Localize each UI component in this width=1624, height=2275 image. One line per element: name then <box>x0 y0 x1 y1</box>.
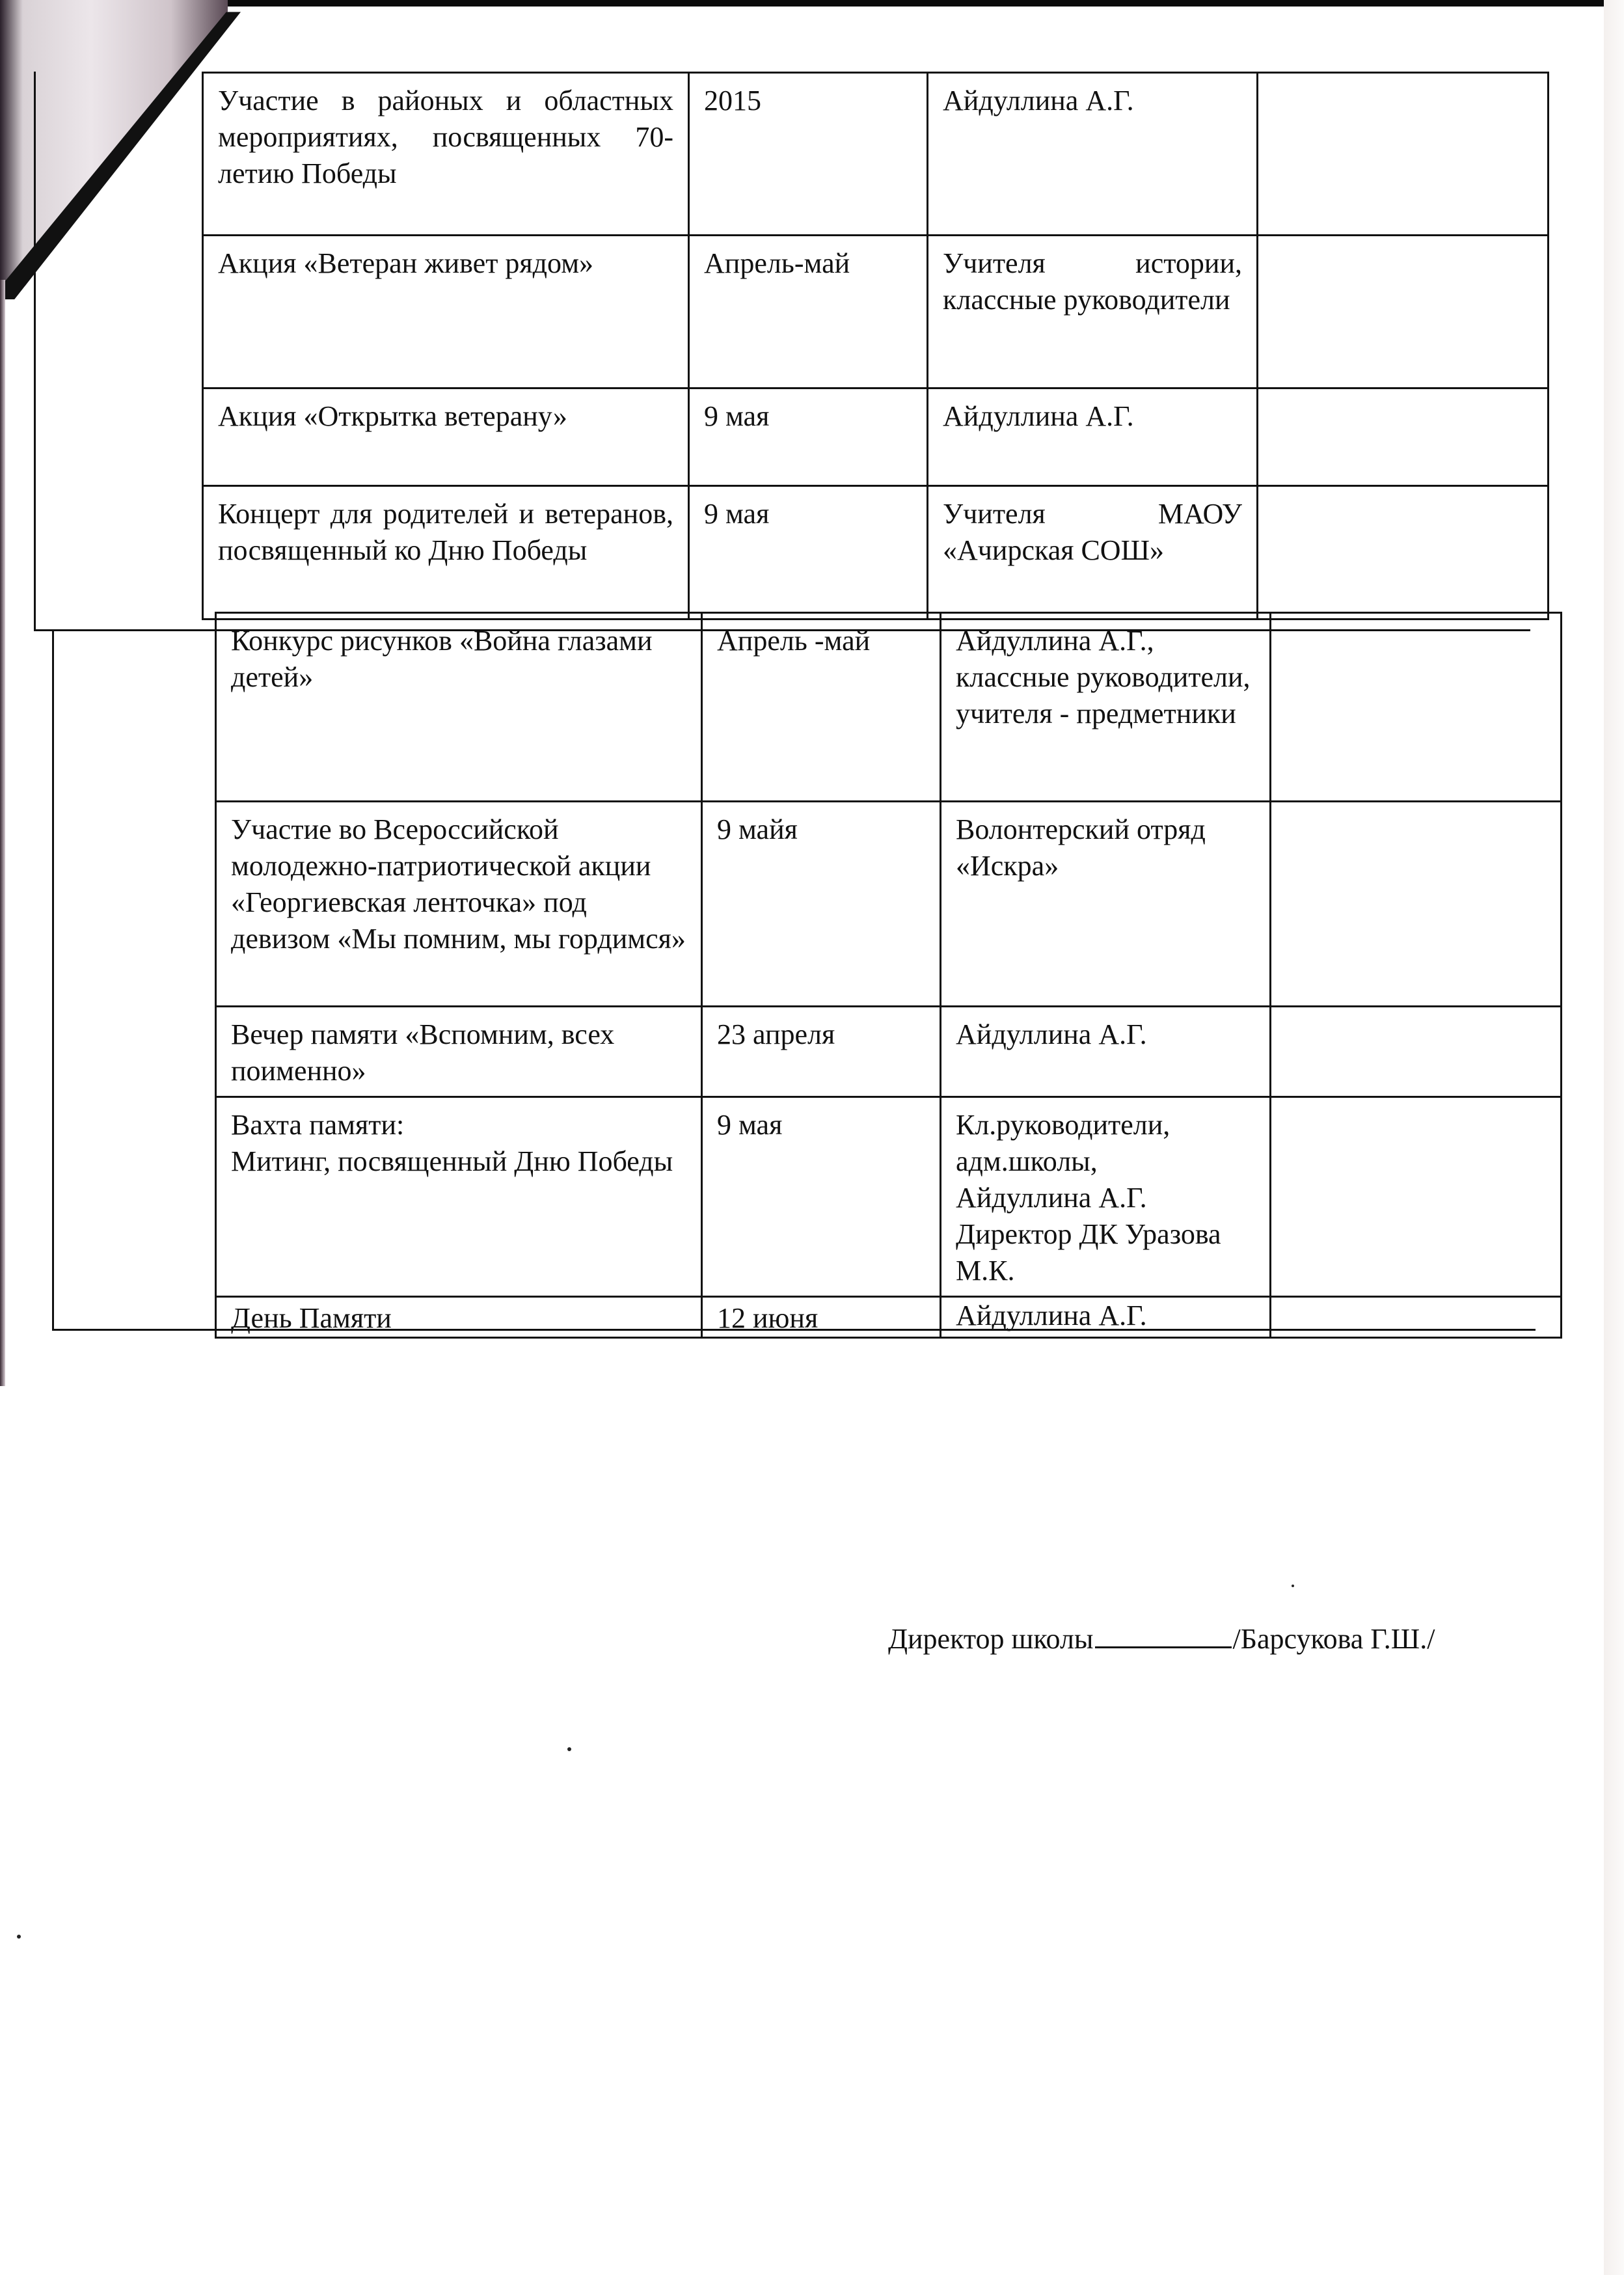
responsible-line: адм.школы, <box>956 1143 1255 1180</box>
note-cell <box>1258 236 1549 388</box>
scan-left-edge <box>0 280 5 1386</box>
responsible-cell: Учителя истории, классные руководители <box>928 236 1258 388</box>
note-cell <box>1271 613 1562 802</box>
note-cell <box>1258 73 1549 236</box>
date-cell: 2015 <box>689 73 928 236</box>
date-cell: Апрель-май <box>689 236 928 388</box>
date-cell: 9 мая <box>702 1097 941 1297</box>
event-line: Вахта памяти: <box>231 1107 686 1143</box>
scan-top-edge <box>0 0 1624 7</box>
table-row: Вечер памяти «Вспомним, всех поименно» 2… <box>216 1007 1562 1097</box>
note-cell <box>1258 388 1549 486</box>
event-cell: День Памяти <box>216 1297 702 1338</box>
responsible-line: Айдуллина А.Г. <box>956 1180 1255 1216</box>
event-cell: Акция «Открытка ветерану» <box>203 388 689 486</box>
signature-title: Директор школы <box>888 1623 1094 1655</box>
event-cell: Вахта памяти: Митинг, посвященный Дню По… <box>216 1097 702 1297</box>
event-cell: Концерт для родителей и ветеранов, посвя… <box>203 486 689 620</box>
date-cell: 23 апреля <box>702 1007 941 1097</box>
scan-speck <box>1292 1585 1294 1587</box>
date-cell: 9 майя <box>702 802 941 1007</box>
table-row: Концерт для родителей и ветеранов, посвя… <box>203 486 1549 620</box>
date-cell: 9 мая <box>689 388 928 486</box>
table-row: Акция «Ветеран живет рядом» Апрель-май У… <box>203 236 1549 388</box>
responsible-cell: Учителя МАОУ «Ачирская СОШ» <box>928 486 1258 620</box>
note-cell <box>1271 1007 1562 1097</box>
scan-speck <box>17 1935 21 1939</box>
note-cell <box>1271 802 1562 1007</box>
event-cell: Акция «Ветеран живет рядом» <box>203 236 689 388</box>
director-signature-block: Директор школы/Барсукова Г.Ш./ <box>888 1620 1435 1655</box>
events-table-part-2: Конкурс рисунков «Война глазами детей» А… <box>215 612 1562 1339</box>
event-cell: Конкурс рисунков «Война глазами детей» <box>216 613 702 802</box>
responsible-line: Директор ДК Уразова М.К. <box>956 1216 1255 1289</box>
date-cell: 9 мая <box>689 486 928 620</box>
signature-name: /Барсукова Г.Ш./ <box>1233 1623 1435 1655</box>
responsible-cell: Айдуллина А.Г. <box>928 73 1258 236</box>
responsible-line: Кл.руководители, <box>956 1107 1255 1143</box>
responsible-cell: Кл.руководители, адм.школы, Айдуллина А.… <box>941 1097 1271 1297</box>
responsible-cell: Айдуллина А.Г. <box>941 1007 1271 1097</box>
table-row: Конкурс рисунков «Война глазами детей» А… <box>216 613 1562 802</box>
event-cell: Участие во Всероссийской молодежно-патри… <box>216 802 702 1007</box>
responsible-cell: Айдуллина А.Г. <box>928 388 1258 486</box>
table-row: Участие во Всероссийской молодежно-патри… <box>216 802 1562 1007</box>
table-row: День Памяти 12 июня Айдуллина А.Г. <box>216 1297 1562 1338</box>
responsible-cell: Волонтерский отряд «Искра» <box>941 802 1271 1007</box>
date-cell: 12 июня <box>702 1297 941 1338</box>
signature-line <box>1095 1620 1232 1648</box>
responsible-cell: Айдуллина А.Г. <box>941 1297 1271 1338</box>
note-cell <box>1271 1097 1562 1297</box>
event-line: Митинг, посвященный Дню Победы <box>231 1143 686 1180</box>
table-row: Участие в районых и областных мероприяти… <box>203 73 1549 236</box>
events-table-part-1: Участие в районых и областных мероприяти… <box>202 72 1549 620</box>
table-row: Акция «Открытка ветерану» 9 мая Айдуллин… <box>203 388 1549 486</box>
scan-right-edge <box>1604 0 1624 2275</box>
note-cell <box>1271 1297 1562 1338</box>
responsible-cell: Айдуллина А.Г., классные руководители, у… <box>941 613 1271 802</box>
scan-speck <box>567 1747 571 1751</box>
event-cell: Участие в районых и областных мероприяти… <box>203 73 689 236</box>
date-cell: Апрель -май <box>702 613 941 802</box>
table-row: Вахта памяти: Митинг, посвященный Дню По… <box>216 1097 1562 1297</box>
note-cell <box>1258 486 1549 620</box>
event-cell: Вечер памяти «Вспомним, всех поименно» <box>216 1007 702 1097</box>
